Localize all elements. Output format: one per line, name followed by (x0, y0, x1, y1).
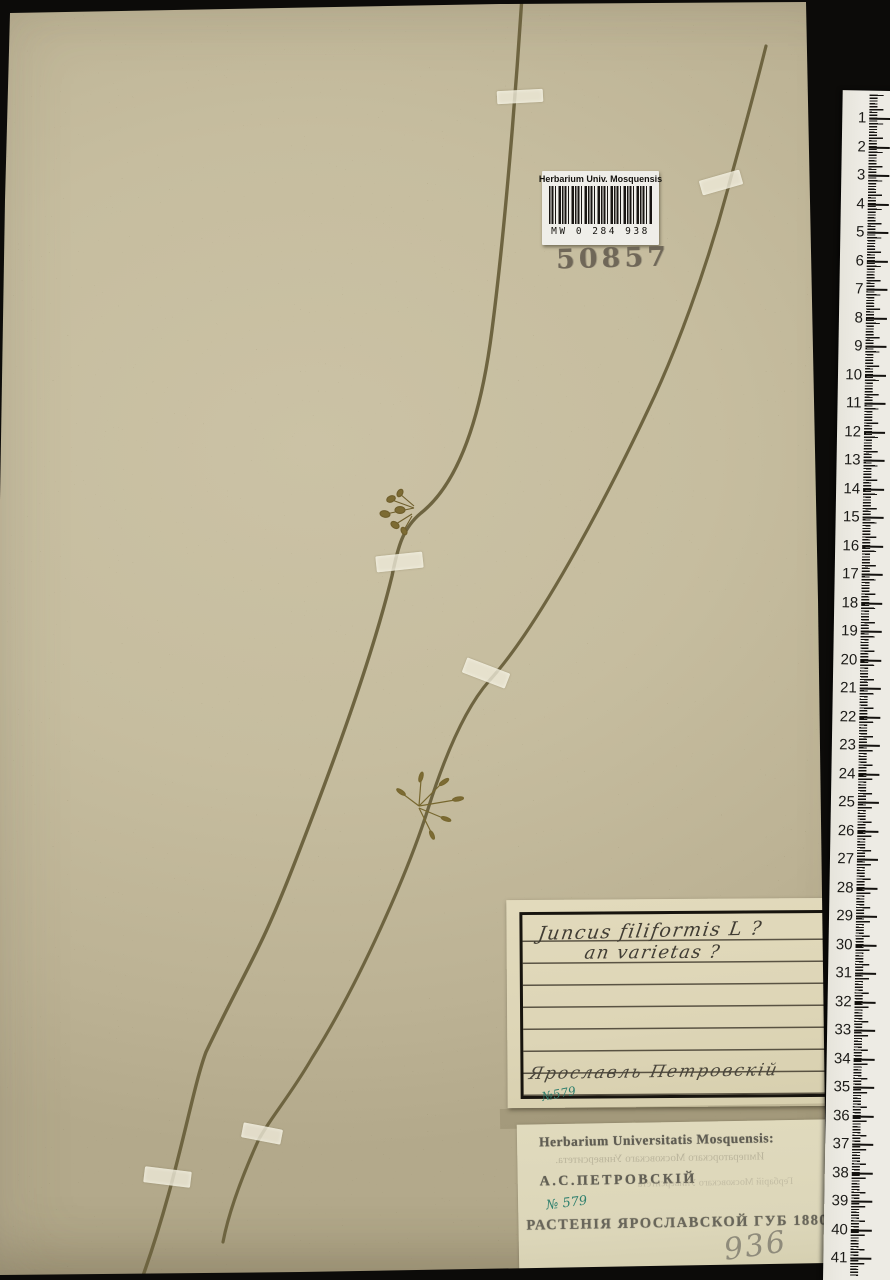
ruler-cm-mark (868, 203, 889, 206)
institution-label: Herbarium Universitatis Mosquensis: Импе… (517, 1119, 836, 1273)
accession-stamp: 50857 (556, 242, 671, 276)
ruler-cm-number: 35 (826, 1078, 850, 1095)
ruler-cm-number: 37 (825, 1135, 849, 1152)
ruler-cm-number: 32 (827, 993, 851, 1010)
ruler-cm-number: 11 (837, 394, 861, 411)
ruler-cm-number: 17 (835, 565, 859, 582)
ruler-cm-mark (862, 545, 883, 548)
ruler-cm-number: 28 (829, 879, 853, 896)
ruler-cm-mark (851, 1200, 872, 1203)
ruler-cm-mark (857, 830, 878, 833)
ruler-cm-number: 4 (841, 195, 865, 212)
ruler-cm-number: 23 (832, 736, 856, 753)
ruler-cm-mark (861, 631, 882, 634)
ruler-cm-mark (867, 260, 888, 263)
ruler-cm-number: 8 (839, 309, 863, 326)
ruler-cm-mark (854, 1029, 875, 1032)
barcode-icon (549, 186, 653, 224)
ruler-cm-number: 14 (836, 480, 860, 497)
ruler-cm-number: 30 (828, 936, 852, 953)
ruler-cm-mark (867, 232, 888, 235)
ruler-cm-number: 10 (838, 366, 862, 383)
ruler-cm-number: 7 (839, 280, 863, 297)
ruler-cm-number: 3 (841, 166, 865, 183)
determination-label: Juncus filiformis L ? an varietas ? Ярос… (506, 898, 838, 1108)
ruler-cm-number: 34 (827, 1050, 851, 1067)
ruler-cm-mark (863, 488, 884, 491)
ruler-cm-number: 2 (842, 138, 866, 155)
bleedthrough-text: Императорскаго Московскаго Университета. (555, 1150, 764, 1166)
specimen-photo: Herbarium Univ. Mosquensis MW 0 284 938 … (0, 0, 890, 1280)
ruler-cm-number: 6 (840, 252, 864, 269)
ruler-cm-mark (856, 915, 877, 918)
ruler-cm-number: 29 (829, 907, 853, 924)
ruler-cm-number: 13 (836, 451, 860, 468)
ruler-cm-mark (866, 289, 887, 292)
ruler-cm-number: 9 (838, 337, 862, 354)
ruler-cm-mark (853, 1086, 874, 1089)
ruler-cm-mark (853, 1115, 874, 1118)
bleedthrough-text: Гербарій Московскаго Университета (638, 1176, 794, 1190)
ruler-cm-mark (855, 1001, 876, 1004)
ruler-cm-number: 12 (837, 423, 861, 440)
ruler-cm-number: 20 (833, 651, 857, 668)
herbarium-sheet: Herbarium Univ. Mosquensis MW 0 284 938 … (0, 0, 890, 1280)
ruler-cm-mark (863, 517, 884, 520)
scale-ruler: 1234567891011121314151617181920212223242… (823, 90, 890, 1280)
pencil-number: 936 (722, 1224, 790, 1267)
barcode-label: Herbarium Univ. Mosquensis MW 0 284 938 (542, 171, 659, 245)
specimen-stem-left (140, 0, 522, 1280)
ruler-cm-mark (860, 659, 881, 662)
ruler-cm-mark (869, 146, 890, 149)
ruler-cm-mark (852, 1172, 873, 1175)
ruler-cm-mark (859, 745, 880, 748)
ruler-cm-number: 22 (832, 708, 856, 725)
barcode-number: MW 0 284 938 (551, 226, 650, 237)
ruler-cm-mark (860, 688, 881, 691)
ruler-cm-mark (865, 374, 886, 377)
ruler-cm-mark (862, 574, 883, 577)
ruler-cm-mark (854, 1058, 875, 1061)
det-species-line: Juncus filiformis L ? (537, 917, 765, 944)
ruler-cm-number: 41 (823, 1249, 847, 1266)
ruler-cm-mark (856, 887, 877, 890)
ruler-cm-number: 18 (834, 594, 858, 611)
ruler-cm-number: 19 (834, 622, 858, 639)
det-locality-line: Ярославль Петровскій (527, 1060, 780, 1084)
ruler-cm-mark (851, 1229, 872, 1232)
ruler-cm-mark (856, 944, 877, 947)
ruler-cm-number: 16 (835, 537, 859, 554)
ruler-cm-mark (865, 346, 886, 349)
ruler-cm-number: 31 (828, 964, 852, 981)
ruler-cm-mark (859, 716, 880, 719)
det-number-blue: №579 (541, 1084, 577, 1104)
ruler-cm-mark (857, 859, 878, 862)
region-year-stamp: РАСТЕНІЯ ЯРОСЛАВСКОЙ ГУБ 1880 Г (526, 1212, 835, 1235)
ruler-cm-mark (866, 317, 887, 320)
ruler-cm-mark (858, 773, 879, 776)
collection-number-blue: № 579 (545, 1193, 588, 1213)
ruler-cm-number: 26 (830, 822, 854, 839)
ruler-cm-mark (864, 431, 885, 434)
ruler-cm-mark (865, 403, 886, 406)
ruler-cm-mark (864, 460, 885, 463)
ruler-cm-number: 24 (831, 765, 855, 782)
det-variety-line: an varietas ? (583, 942, 723, 964)
ruler-cm-mark (869, 118, 890, 121)
ruler-cm-number: 33 (827, 1021, 851, 1038)
ruler-cm-mark (850, 1257, 871, 1260)
ruler-cm-number: 39 (824, 1192, 848, 1209)
ruler-cm-mark (855, 972, 876, 975)
barcode-institution: Herbarium Univ. Mosquensis (539, 174, 662, 184)
ruler-cm-number: 27 (830, 850, 854, 867)
determination-label-frame: Juncus filiformis L ? an varietas ? Ярос… (519, 910, 829, 1099)
ruler-cm-number: 40 (824, 1221, 848, 1238)
ruler-cm-number: 5 (840, 223, 864, 240)
institution-header-stamp: Herbarium Universitatis Mosquensis: (539, 1130, 774, 1150)
ruler-cm-number: 1 (842, 109, 866, 126)
ruler-cm-number: 15 (836, 508, 860, 525)
ruler-cm-mark (868, 175, 889, 178)
ruler-cm-number: 36 (826, 1107, 850, 1124)
ruler-cm-number: 38 (825, 1164, 849, 1181)
ruler-cm-number: 25 (831, 793, 855, 810)
ruler-cm-mark (858, 802, 879, 805)
ruler-cm-mark (861, 602, 882, 605)
ruler-cm-mark (852, 1143, 873, 1146)
ruler-cm-number: 21 (833, 679, 857, 696)
tape-strip (497, 89, 544, 104)
